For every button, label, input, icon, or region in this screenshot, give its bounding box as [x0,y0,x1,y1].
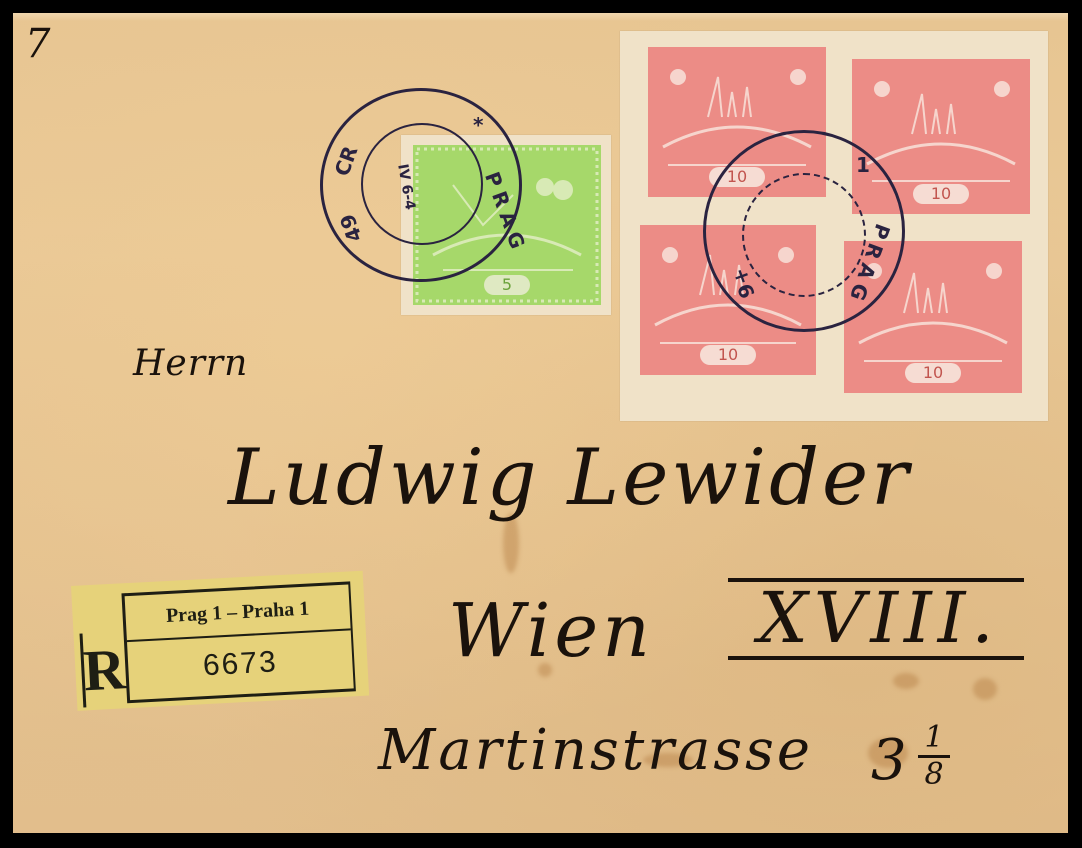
postmark-prag-1: PRAG 9+ 1 [703,130,905,332]
address-city: Wien [448,588,654,674]
postmark-text: CR [330,143,363,179]
postmark-star: * [473,113,483,137]
registration-r-box: R [80,631,127,707]
address-street: Martinstrasse [378,718,813,783]
postmark-inner-ring [742,173,866,297]
envelope: 7 5 10 [13,13,1068,833]
stamp-value: 10 [913,184,969,204]
stain [893,673,919,689]
stamp-value: 10 [905,363,961,383]
corner-mark: 7 [25,21,51,67]
fraction-numerator: 1 [918,723,950,758]
address-salutation: Herrn [133,343,248,384]
postmark-year: 49 [335,211,367,245]
stain [973,678,997,700]
postmark-number: 1 [856,153,870,177]
postmark-inner-ring [361,123,483,245]
address-house-fraction: 1 8 [918,723,950,790]
fraction-denominator: 8 [918,758,950,790]
address-house-number: 3 [871,728,907,793]
stamp-value: 5 [484,275,530,295]
registration-letter: R [82,635,127,704]
registration-label: R Prag 1 – Praha 1 6673 [71,571,369,711]
address-recipient: Ludwig Lewider [228,433,911,523]
address-district: XVIII. [728,578,1024,660]
postmark-prag-1: CR * PRAG 49 IV 6-4 [320,88,522,282]
registration-number: 6673 [127,630,354,698]
stamp-value: 10 [700,345,756,365]
registration-frame: Prag 1 – Praha 1 6673 [121,581,355,703]
